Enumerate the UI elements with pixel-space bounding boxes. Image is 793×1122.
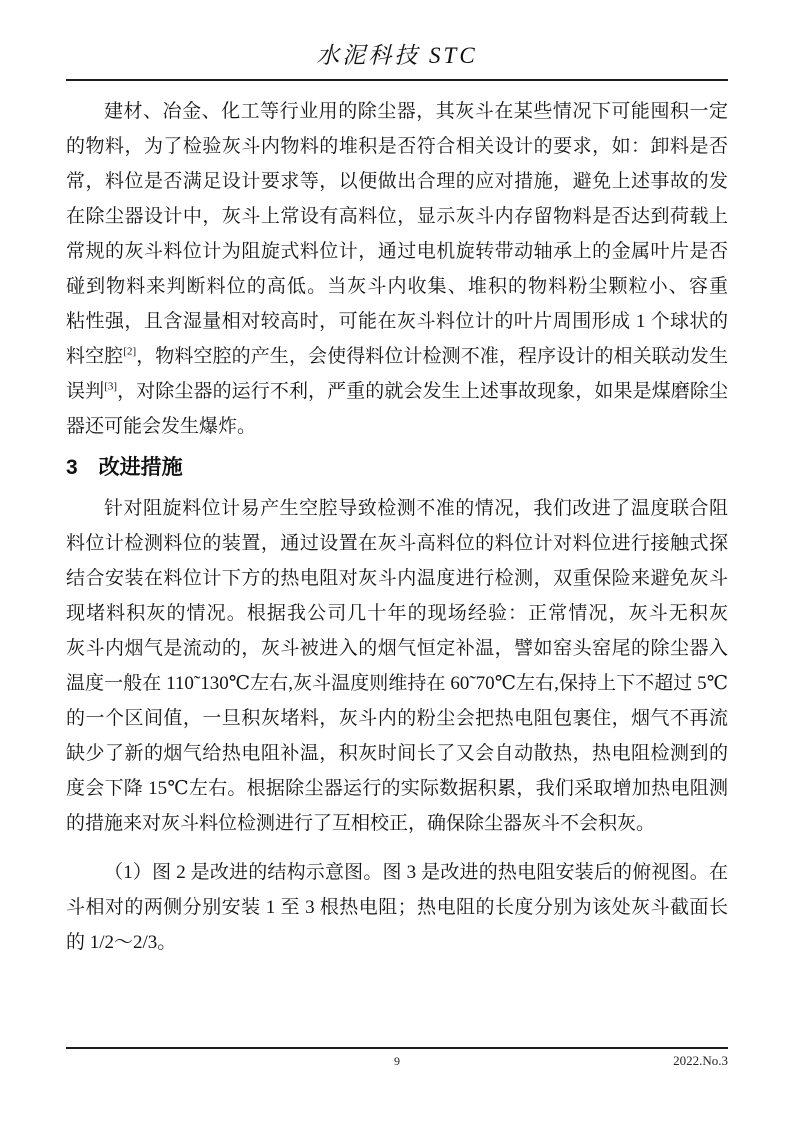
text-line: 针对阻旋料位计易产生空腔导致检测不准的情况，我们改进了温度联合阻旋 <box>66 491 728 526</box>
text-line: 器还可能会发生爆炸。 <box>66 409 728 444</box>
citation-ref: [3] <box>104 381 117 393</box>
text-line: 碰到物料来判断料位的高低。当灰斗内收集、堆积的物料粉尘颗粒小、容重低、 <box>66 269 728 304</box>
page-header: 水泥科技 STC <box>66 0 728 81</box>
text-line: 建材、冶金、化工等行业用的除尘器，其灰斗在某些情况下可能囤积一定量 <box>66 94 728 129</box>
journal-title: 水泥科技 STC <box>66 42 728 70</box>
text-line: 料空腔[2]，物料空腔的产生，会使得料位计检测不准，程序设计的相关联动发生 <box>66 339 728 374</box>
text-line: 斗相对的两侧分别安装 1 至 3 根热电阻；热电阻的长度分别为该处灰斗截面长度 <box>66 890 728 925</box>
text-line: 的 1/2～2/3。 <box>66 925 728 960</box>
page-footer: 9 2022.No.3 <box>66 1047 728 1069</box>
page-number: 9 <box>287 1054 508 1069</box>
footer-row: 9 2022.No.3 <box>66 1049 728 1069</box>
text-line: 灰斗内烟气是流动的，灰斗被进入的烟气恒定补温，譬如窑头窑尾的除尘器入口 <box>66 631 728 666</box>
text-line: 现堵料积灰的情况。根据我公司几十年的现场经验：正常情况，灰斗无积灰时， <box>66 596 728 631</box>
text-line: 在除尘器设计中，灰斗上常设有高料位，显示灰斗内存留物料是否达到荷载上限。 <box>66 199 728 234</box>
paragraph: 建材、冶金、化工等行业用的除尘器，其灰斗在某些情况下可能囤积一定量的物料，为了检… <box>66 94 728 444</box>
section-heading: 3 改进措施 <box>66 452 728 484</box>
text-line: 的一个区间值，一旦积灰堵料，灰斗内的粉尘会把热电阻包裹住，烟气不再流动， <box>66 701 728 736</box>
text-line: 度会下降 15℃左右。根据除尘器运行的实际数据积累，我们采取增加热电阻测温 <box>66 771 728 806</box>
header-rule <box>66 79 728 81</box>
document-page: 水泥科技 STC 建材、冶金、化工等行业用的除尘器，其灰斗在某些情况下可能囤积一… <box>0 0 793 1122</box>
text-line: 误判[3]，对除尘器的运行不利，严重的就会发生上述事故现象，如果是煤磨除尘 <box>66 374 728 409</box>
text-line: 常，料位是否满足设计要求等，以便做出合理的应对措施，避免上述事故的发生。 <box>66 164 728 199</box>
text-line: 温度一般在 110˜130℃左右,灰斗温度则维持在 60˜70℃左右,保持上下不… <box>66 666 728 701</box>
document-body: 建材、冶金、化工等行业用的除尘器，其灰斗在某些情况下可能囤积一定量的物料，为了检… <box>66 94 728 960</box>
text-line: 粘性强，且含湿量相对较高时，可能在灰斗料位计的叶片周围形成 1 个球状的物 <box>66 304 728 339</box>
text-line: 的措施来对灰斗料位检测进行了互相校正，确保除尘器灰斗不会积灰。 <box>66 806 728 841</box>
text-line: （1）图 2 是改进的结构示意图。图 3 是改进的热电阻安装后的俯视图。在灰 <box>66 855 728 890</box>
text-line: 缺少了新的烟气给热电阻补温，积灰时间长了又会自动散热，热电阻检测到的温 <box>66 736 728 771</box>
text-line: 的物料，为了检验灰斗内物料的堆积是否符合相关设计的要求，如：卸料是否正 <box>66 129 728 164</box>
paragraph: （1）图 2 是改进的结构示意图。图 3 是改进的热电阻安装后的俯视图。在灰斗相… <box>66 855 728 960</box>
text-line: 结合安装在料位计下方的热电阻对灰斗内温度进行检测，双重保险来避免灰斗出 <box>66 561 728 596</box>
text-line: 常规的灰斗料位计为阻旋式料位计，通过电机旋转带动轴承上的金属叶片是否触 <box>66 234 728 269</box>
paragraph: 针对阻旋料位计易产生空腔导致检测不准的情况，我们改进了温度联合阻旋料位计检测料位… <box>66 491 728 841</box>
text-line: 料位计检测料位的装置，通过设置在灰斗高料位的料位计对料位进行接触式探测， <box>66 526 728 561</box>
issue-label: 2022.No.3 <box>507 1053 728 1069</box>
citation-ref: [2] <box>123 346 136 358</box>
